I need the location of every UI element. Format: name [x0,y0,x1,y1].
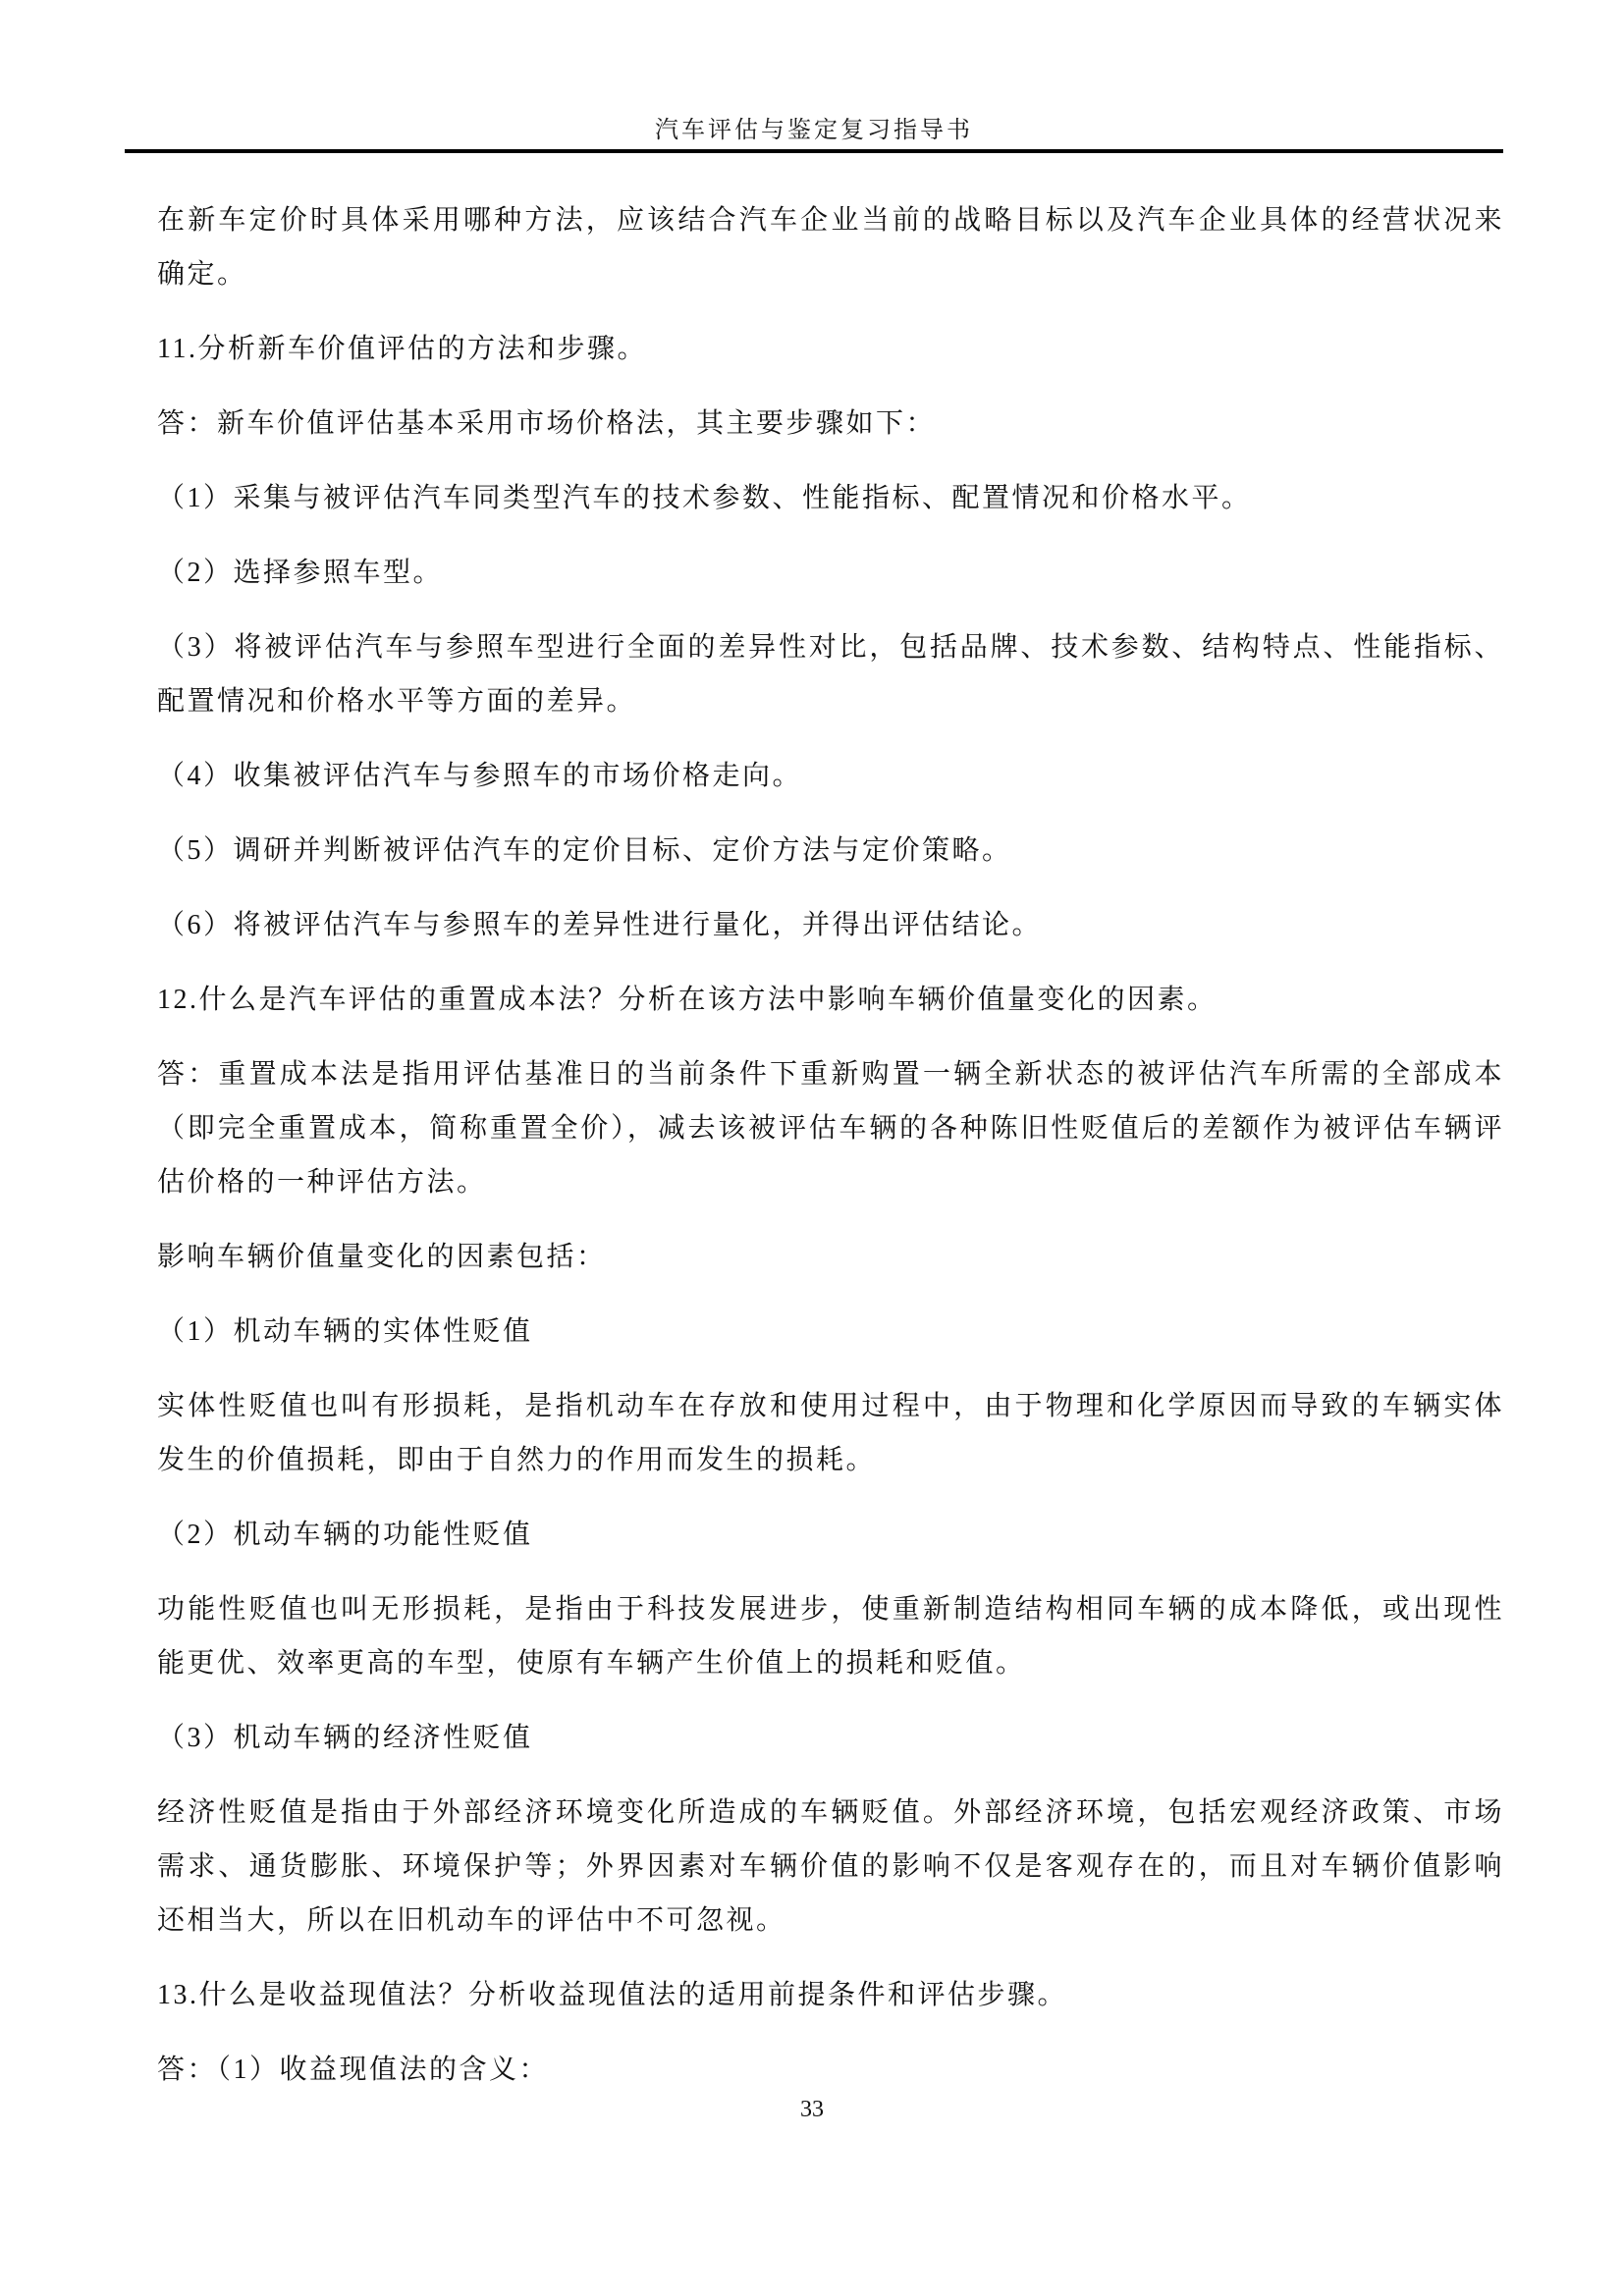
body-paragraph: （3）将被评估汽车与参照车型进行全面的差异性对比，包括品牌、技术参数、结构特点、… [157,620,1504,728]
body-paragraph: 答：（1）收益现值法的含义： [157,2043,1504,2097]
body-paragraph: （6）将被评估汽车与参照车的差异性进行量化，并得出评估结论。 [157,898,1504,952]
body-paragraph: （2）选择参照车型。 [157,546,1504,600]
body-paragraph: （1）机动车辆的实体性贬值 [157,1305,1504,1359]
body-paragraph: （4）收集被评估汽车与参照车的市场价格走向。 [157,749,1504,803]
body-paragraph: 实体性贬值也叫有形损耗，是指机动车在存放和使用过程中，由于物理和化学原因而导致的… [157,1379,1504,1487]
document-header-title: 汽车评估与鉴定复习指导书 [125,110,1503,144]
document-body: 在新车定价时具体采用哪种方法，应该结合汽车企业当前的战略目标以及汽车企业具体的经… [157,193,1504,2117]
body-paragraph: 13.什么是收益现值法？分析收益现值法的适用前提条件和评估步骤。 [157,1968,1504,2022]
document-page: 汽车评估与鉴定复习指导书 在新车定价时具体采用哪种方法，应该结合汽车企业当前的战… [0,0,1624,2296]
body-paragraph: 经济性贬值是指由于外部经济环境变化所造成的车辆贬值。外部经济环境，包括宏观经济政… [157,1786,1504,1948]
body-paragraph: 11.分析新车价值评估的方法和步骤。 [157,322,1504,376]
body-paragraph: （1）采集与被评估汽车同类型汽车的技术参数、性能指标、配置情况和价格水平。 [157,471,1504,525]
body-paragraph: 答：重置成本法是指用评估基准日的当前条件下重新购置一辆全新状态的被评估汽车所需的… [157,1047,1504,1209]
header-divider-rule [125,149,1503,153]
body-paragraph: （5）调研并判断被评估汽车的定价目标、定价方法与定价策略。 [157,824,1504,878]
body-paragraph: 12.什么是汽车评估的重置成本法？分析在该方法中影响车辆价值量变化的因素。 [157,973,1504,1027]
body-paragraph: （2）机动车辆的功能性贬值 [157,1508,1504,1562]
body-paragraph: 影响车辆价值量变化的因素包括： [157,1230,1504,1284]
body-paragraph: 功能性贬值也叫无形损耗，是指由于科技发展进步，使重新制造结构相同车辆的成本降低，… [157,1582,1504,1690]
page-number: 33 [0,2097,1624,2123]
body-paragraph: 答：新车价值评估基本采用市场价格法，其主要步骤如下： [157,397,1504,451]
body-paragraph: 在新车定价时具体采用哪种方法，应该结合汽车企业当前的战略目标以及汽车企业具体的经… [157,193,1504,301]
body-paragraph: （3）机动车辆的经济性贬值 [157,1711,1504,1765]
